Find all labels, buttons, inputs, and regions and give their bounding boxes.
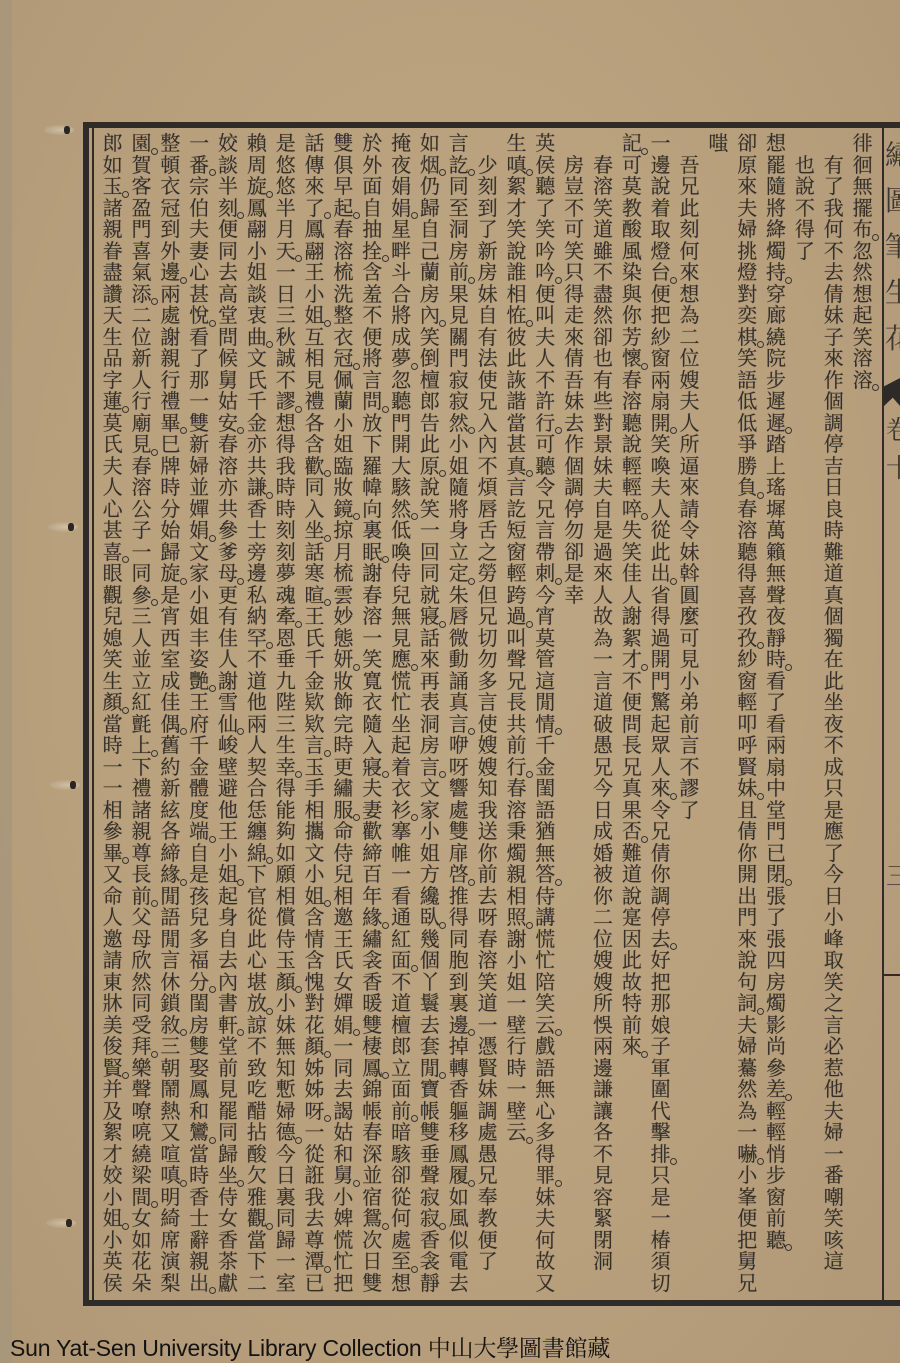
glyph: 否 [617,821,646,843]
glyph: 夫 [733,1015,762,1037]
glyph: 朱 [444,585,473,607]
glyph: 兒 [387,585,416,607]
glyph: 兩 [156,284,185,306]
glyph: 步 [762,370,791,392]
glyph: 完 [329,714,358,736]
glyph: 姣 [214,133,243,155]
glyph: 扉 [444,843,473,865]
glyph: 入 [358,735,387,757]
glyph: 謙 [589,1079,618,1101]
glyph: 已 [300,1273,329,1295]
glyph: 就 [416,585,445,607]
glyph: 門 [127,219,156,241]
glyph: 溶 [848,370,877,392]
text-column: 整頓衣冠到外邊兩處謝親行禮畢巳牌時分始歸旋是宵西室成佳偶舊約新絃各締緣閒語閒言休… [156,133,185,1303]
glyph: 歸 [416,198,445,220]
glyph: 閉 [762,864,791,886]
glyph: 偶 [156,714,185,736]
glyph: 到 [473,198,502,220]
glyph: 府 [185,714,214,736]
glyph: 想 [675,284,704,306]
glyph: 幾 [416,929,445,951]
glyph: 胞 [444,950,473,972]
glyph: 軒 [214,1015,243,1037]
glyph: 茶 [214,1251,243,1273]
glyph: 繞 [127,1144,156,1166]
glyph: 私 [242,585,271,607]
glyph: 停 [819,434,848,456]
glyph: 卷 [884,412,900,450]
glyph: 紗 [733,649,762,671]
glyph: 坐 [819,692,848,714]
glyph: 許 [531,391,560,413]
glyph: 此 [502,348,531,370]
glyph: 便 [473,1230,502,1252]
glyph: 潭 [300,1251,329,1273]
glyph: 衣 [156,176,185,198]
glyph: 至 [387,1251,416,1273]
glyph: 門 [762,821,791,843]
glyph: 燭 [502,843,531,865]
glyph: 不 [242,1036,271,1058]
glyph: 容 [589,1187,618,1209]
glyph: 閒 [416,1058,445,1080]
glyph: 悠 [271,155,300,177]
glyph: 可 [531,434,560,456]
glyph: 對 [589,413,618,435]
spine-page-number: 三 [884,860,900,894]
glyph: 玉 [98,176,127,198]
glyph: 說 [733,950,762,972]
glyph: 見 [214,1079,243,1101]
glyph: 已 [762,843,791,865]
glyph: 然 [733,1079,762,1101]
glyph: 無 [387,606,416,628]
glyph: 看 [762,714,791,736]
glyph: 同 [271,1208,300,1230]
glyph: 開 [646,413,675,435]
glyph: 新 [473,241,502,263]
glyph: 得 [444,907,473,929]
glyph: 時 [329,735,358,757]
glyph: 將 [762,198,791,220]
glyph: 盡 [589,284,618,306]
glyph: 電 [444,1251,473,1273]
text-column: 掩夜娟娟星畔斗合將成夢忽聽門開大駭然低喚侍兒無見應慌忙坐起着衣衫搴帷一看通紅面不… [387,133,416,1303]
glyph: 室 [271,1273,300,1295]
glyph: 不 [589,262,618,284]
glyph: 便 [733,1208,762,1230]
glyph: 小 [329,413,358,435]
glyph: 觀 [242,1208,271,1230]
glyph: 顏 [271,972,300,994]
glyph: 唇 [473,499,502,521]
glyph: 誦 [444,671,473,693]
glyph: 度 [185,800,214,822]
glyph: 過 [646,628,675,650]
glyph: 夫 [819,1101,848,1123]
glyph: 夫 [358,778,387,800]
glyph: 寒 [300,563,329,585]
glyph: 妻 [358,800,387,822]
glyph: 金 [300,671,329,693]
glyph: 兩 [762,735,791,757]
glyph: 過 [502,606,531,628]
glyph: 人 [127,370,156,392]
glyph: 氏 [329,950,358,972]
glyph: 個 [819,606,848,628]
glyph: 所 [589,993,618,1015]
glyph: 敘 [156,1015,185,1037]
glyph: 歸 [214,1144,243,1166]
glyph: 欵 [300,692,329,714]
glyph: 姑 [214,391,243,413]
glyph: 吟 [531,262,560,284]
glyph: 語 [156,907,185,929]
glyph: 去 [560,413,589,435]
glyph: 下 [242,864,271,886]
glyph: 演 [156,1251,185,1273]
glyph: 位 [589,929,618,951]
glyph: 紅 [127,692,156,714]
glyph: 中 [762,778,791,800]
glyph: 來 [733,929,762,951]
glyph: 當 [502,413,531,435]
frame-left-inner-line [92,128,94,1300]
glyph: 去 [214,262,243,284]
glyph: 看 [762,671,791,693]
glyph: 閨 [185,993,214,1015]
glyph: 參 [762,1058,791,1080]
glyph: 甚 [98,520,127,542]
glyph: 隨 [762,176,791,198]
glyph: 嬋 [185,499,214,521]
glyph: 丫 [416,972,445,994]
glyph: 斗 [387,262,416,284]
glyph: 呀 [300,1101,329,1123]
glyph: 醋 [242,1101,271,1123]
text-column: 姣談半刻便同去高堂問候舅姑安春溶亦共參爹母更有佳人謝雪仙峻壁避他王小姐起身自去內… [214,133,243,1303]
glyph: 答 [531,864,560,886]
glyph: 小 [98,1230,127,1252]
glyph: 向 [358,499,387,521]
glyph: 言 [444,133,473,155]
glyph: 佳 [617,563,646,585]
glyph: 笑 [502,219,531,241]
glyph: 時 [271,477,300,499]
glyph: 笑 [416,327,445,349]
glyph: 作 [560,434,589,456]
glyph: 同 [444,176,473,198]
glyph: 了 [185,348,214,370]
glyph: 春 [358,1122,387,1144]
glyph: 特 [617,993,646,1015]
glyph: 嫂 [473,735,502,757]
glyph: 道 [242,671,271,693]
glyph: 我 [300,1187,329,1209]
glyph: 見 [589,1165,618,1187]
glyph: 攜 [300,821,329,843]
glyph: 番 [819,1165,848,1187]
glyph: 笑 [358,649,387,671]
glyph: 窗 [762,1187,791,1209]
glyph: 分 [156,499,185,521]
text-column: 英侯聽了笑吟吟便叫夫人不許行可聽令兄言帶刺今宵莫管這閒情千金閨語猶無答侍講慌忙陪… [531,133,560,1303]
glyph: 堂 [762,800,791,822]
glyph: 時 [98,735,127,757]
glyph: 云 [502,1122,531,1144]
glyph: 開 [646,649,675,671]
glyph: 失 [617,520,646,542]
glyph: 愚 [473,1144,502,1166]
glyph: 令 [646,800,675,822]
glyph: 賀 [127,155,156,177]
glyph: 那 [646,993,675,1015]
glyph: 罷 [214,1101,243,1123]
glyph: 長 [617,735,646,757]
glyph: 遲 [762,413,791,435]
glyph: 日 [358,1251,387,1273]
glyph: 周 [242,155,271,177]
glyph: 知 [271,1058,300,1080]
glyph: 身 [214,907,243,929]
glyph: 從 [646,520,675,542]
glyph: 休 [156,972,185,994]
glyph: 寔 [617,907,646,929]
glyph: 並 [358,1165,387,1187]
glyph: 謝 [358,563,387,585]
glyph: 千 [242,391,271,413]
glyph: 刻 [271,520,300,542]
glyph: 嗔 [156,1165,185,1187]
glyph: 良 [819,499,848,521]
glyph: 二 [127,305,156,327]
glyph: 輕 [502,563,531,585]
glyph: 溶 [473,950,502,972]
glyph: 侍 [387,563,416,585]
glyph: 兄 [473,1165,502,1187]
glyph: 切 [473,628,502,650]
glyph: 差 [762,1079,791,1101]
glyph: 氈 [127,714,156,736]
glyph: 靜 [416,1273,445,1295]
glyph: 方 [416,864,445,886]
glyph: 出 [185,1273,214,1295]
glyph: 妹 [733,778,762,800]
glyph: 門 [387,413,416,435]
glyph: 和 [329,1144,358,1166]
glyph: 使 [473,714,502,736]
glyph: 裏 [444,993,473,1015]
glyph: 侍 [271,929,300,951]
glyph: 言 [502,477,531,499]
text-column: 也說不得了 [790,133,819,1303]
glyph: 衣 [387,778,416,800]
glyph: 時 [819,520,848,542]
glyph: 慌 [329,1230,358,1252]
glyph: 可 [675,628,704,650]
glyph: 佳 [156,692,185,714]
glyph: 前 [473,864,502,886]
glyph: 互 [300,327,329,349]
glyph: 道 [473,993,502,1015]
glyph: 是 [560,563,589,585]
glyph: 無 [762,563,791,585]
glyph: 逼 [675,456,704,478]
glyph: 番 [185,155,214,177]
glyph: 院 [762,348,791,370]
text-body: 徘徊無擺布忽然想起笑溶溶 有了我何不去倩妹子來作個調停吉日良時難道真個獨在此坐夜… [98,133,877,1303]
glyph: 子 [819,327,848,349]
glyph: 時 [156,477,185,499]
glyph: 一 [646,1208,675,1230]
glyph: 兄 [502,671,531,693]
glyph: 深 [358,1144,387,1166]
glyph: 你 [733,843,762,865]
glyph: 父 [127,907,156,929]
glyph: 月 [271,219,300,241]
glyph: 受 [127,1015,156,1037]
glyph: 命 [98,886,127,908]
glyph: 立 [444,542,473,564]
glyph: 人 [98,907,127,929]
glyph: 笑 [819,972,848,994]
glyph: 熱 [156,1101,185,1123]
glyph: 氏 [300,628,329,650]
glyph: 宿 [358,1187,387,1209]
glyph: 姐 [416,843,445,865]
glyph: 大 [387,456,416,478]
glyph: 個 [560,456,589,478]
glyph: 兄 [617,757,646,779]
glyph: 負 [733,477,762,499]
glyph: 房 [762,972,791,994]
glyph: 一 [387,864,416,886]
glyph: 致 [242,1058,271,1080]
glyph: 同 [127,563,156,585]
glyph: 所 [675,434,704,456]
glyph: 弟 [675,692,704,714]
glyph: 拈 [242,1122,271,1144]
glyph: 排 [646,1144,675,1166]
glyph: 合 [387,284,416,306]
glyph: 便 [358,327,387,349]
glyph: 我 [473,800,502,822]
glyph: 同 [214,241,243,263]
glyph: 雙 [444,821,473,843]
glyph: 煩 [473,477,502,499]
glyph: 風 [617,241,646,263]
glyph: 了 [473,219,502,241]
glyph: 瑤 [762,477,791,499]
glyph: 日 [589,800,618,822]
glyph: 燈 [733,262,762,284]
glyph: 雪 [214,692,243,714]
glyph: 聲 [762,585,791,607]
glyph: 果 [617,800,646,822]
glyph: 甚 [185,284,214,306]
glyph: 轉 [444,1058,473,1080]
glyph: 寂 [416,1187,445,1209]
glyph: 添 [127,284,156,306]
glyph: 笑 [589,198,618,220]
glyph: 為 [589,628,618,650]
glyph: 便 [617,692,646,714]
glyph: 是 [589,520,618,542]
glyph: 孜 [733,628,762,650]
glyph: 纏 [242,821,271,843]
glyph: 豈 [560,176,589,198]
glyph: 謝 [502,929,531,951]
glyph: 衾 [416,1251,445,1273]
glyph: 輕 [617,477,646,499]
glyph: 一 [185,391,214,413]
glyph: 妹 [560,391,589,413]
glyph: 言 [156,950,185,972]
glyph: 邀 [329,907,358,929]
glyph: 生 [884,270,900,316]
glyph: 同 [300,477,329,499]
glyph: 圖 [884,178,900,224]
glyph: 生 [502,133,531,155]
glyph: 笑 [473,972,502,994]
glyph: 拴 [358,241,387,263]
glyph: 娟 [387,176,416,198]
glyph: 把 [329,1273,358,1295]
glyph: 出 [646,563,675,585]
glyph: 無 [271,1036,300,1058]
glyph: 暗 [387,1122,416,1144]
glyph: 了 [675,800,704,822]
glyph: 婢 [329,1208,358,1230]
glyph: 日 [819,886,848,908]
glyph: 又 [98,864,127,886]
glyph: 香 [444,1079,473,1101]
glyph: 牌 [156,456,185,478]
glyph: 又 [531,1273,560,1295]
glyph: 應 [387,649,416,671]
glyph: 奕 [733,305,762,327]
glyph: 房 [560,155,589,177]
glyph: 前 [502,735,531,757]
glyph: 聽 [733,542,762,564]
glyph: 調 [646,886,675,908]
glyph: 同 [214,1122,243,1144]
glyph: 時 [502,1058,531,1080]
text-column: 徘徊無擺布忽然想起笑溶溶 [848,133,877,1303]
glyph: 言 [416,757,445,779]
glyph: 雙 [329,133,358,155]
glyph: 倩 [819,284,848,306]
glyph: 百 [358,864,387,886]
glyph: 欵 [300,714,329,736]
glyph: 邊 [646,155,675,177]
glyph: 天 [98,305,127,327]
glyph: 把 [646,972,675,994]
glyph: 峻 [214,735,243,757]
glyph: 然 [127,972,156,994]
glyph: 記 [617,133,646,155]
glyph: 兄 [675,176,704,198]
glyph: 明 [156,1187,185,1209]
glyph: 妝 [329,671,358,693]
glyph: 姐 [242,262,271,284]
glyph: 顏 [98,692,127,714]
glyph: 字 [98,370,127,392]
glyph: 去 [444,1273,473,1295]
indent-space [560,133,589,155]
glyph: 不 [819,241,848,263]
